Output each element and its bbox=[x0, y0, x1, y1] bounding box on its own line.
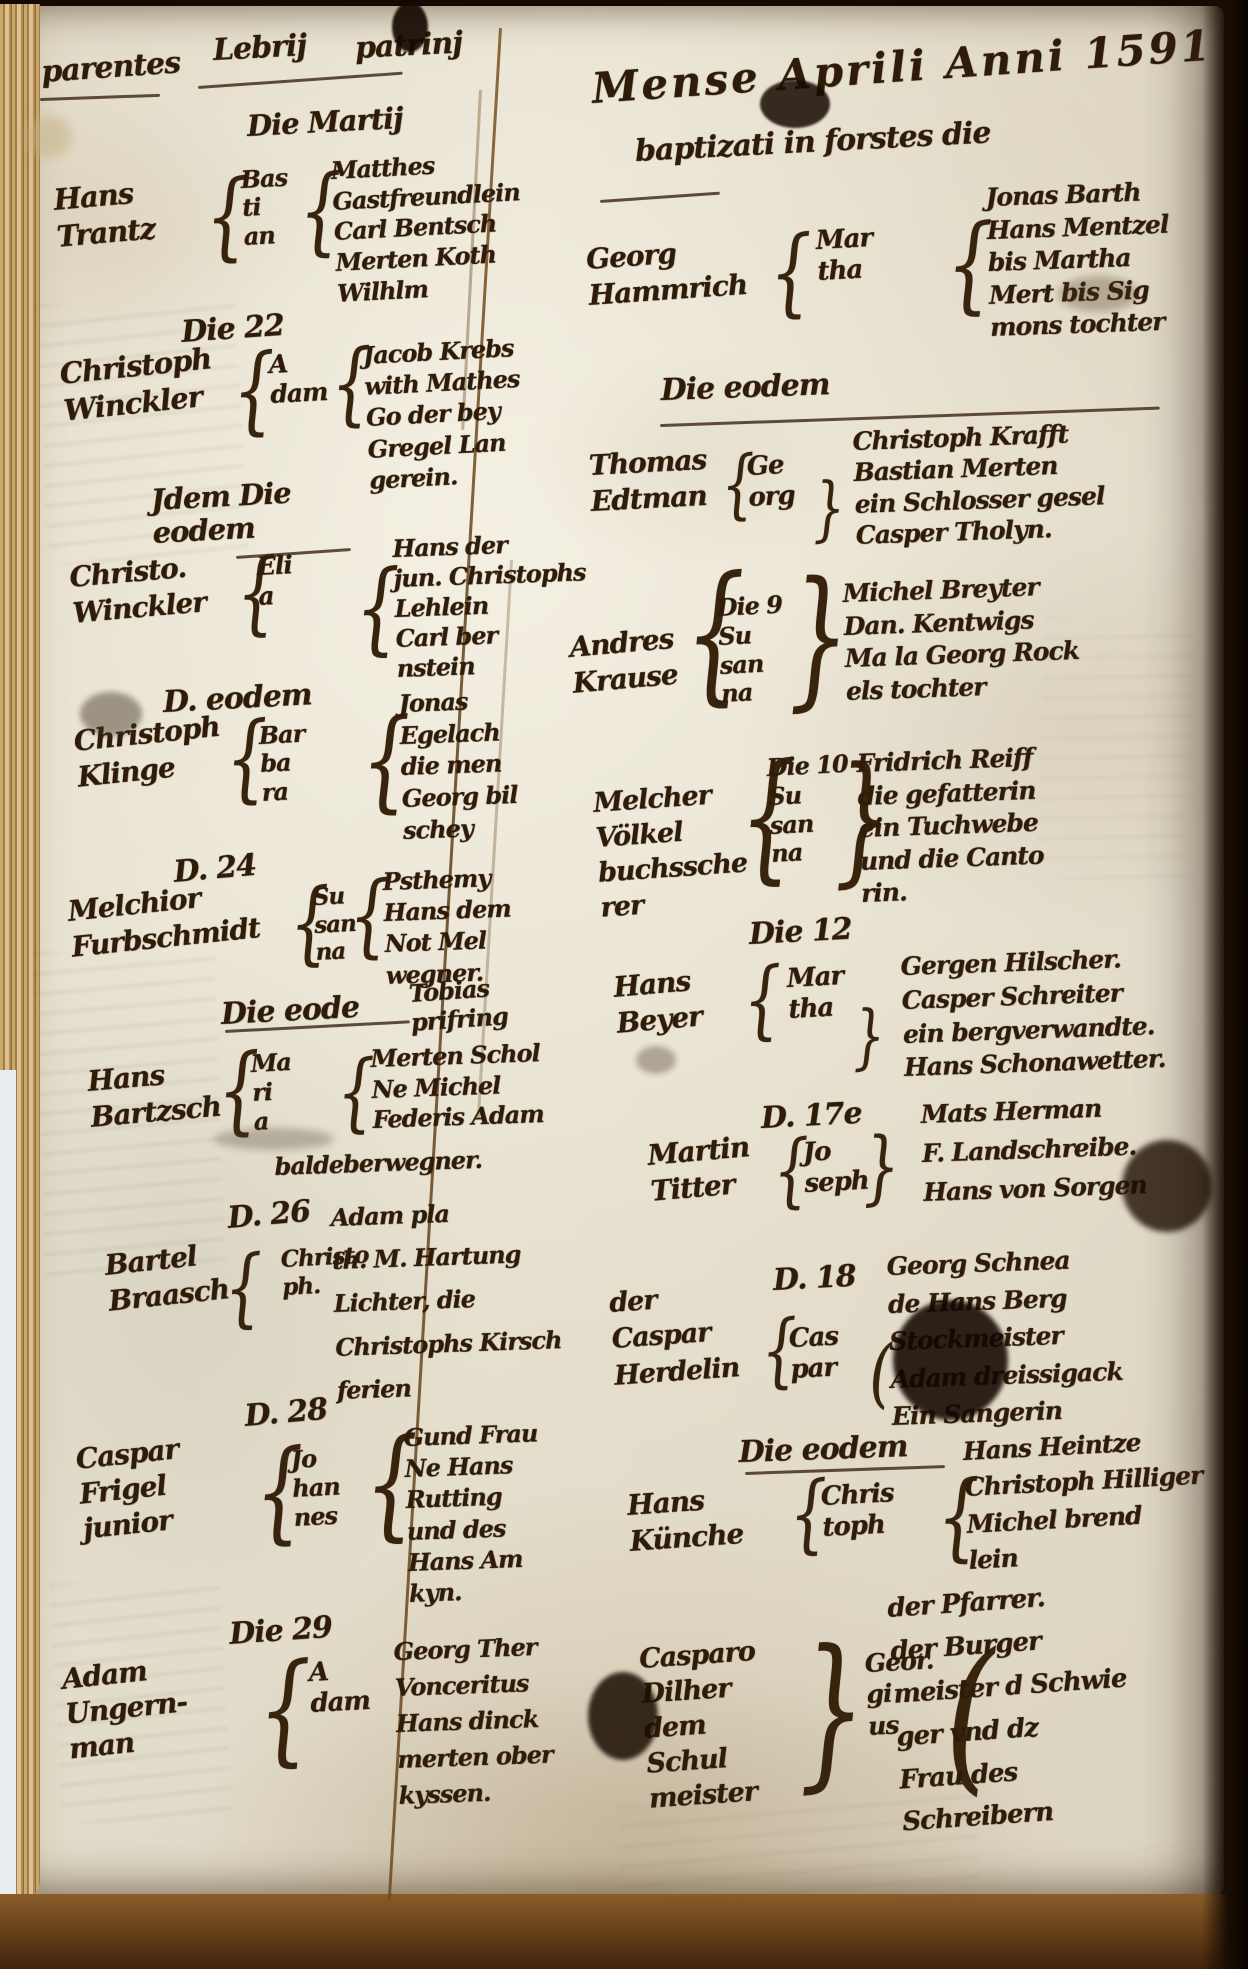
child-name: A dam bbox=[308, 1655, 371, 1720]
ink-stain bbox=[392, 2, 428, 52]
brace-glyph bbox=[796, 1634, 868, 1786]
brace-glyph bbox=[223, 1249, 265, 1328]
godparents-list: Jacob Krebs with Mathes Go der bey Grege… bbox=[362, 332, 525, 496]
godparents-list: Adam pla th. M. Hartung Lichter, die Chr… bbox=[330, 1188, 564, 1412]
parent-name: Hans Bartzsch bbox=[86, 1053, 222, 1136]
child-name: Bar ba ra bbox=[258, 720, 308, 807]
parent-name: Bartel Braasch bbox=[103, 1235, 231, 1319]
parent-name: Thomas Edtman bbox=[588, 442, 709, 520]
godparents-list: Georg Ther Vonceritus Hans dinck merten … bbox=[393, 1629, 554, 1814]
parent-name: Hans Künche bbox=[626, 1480, 744, 1559]
child-name: Die 9 Su san na bbox=[716, 591, 787, 709]
godparents-list: Jonas Egelach die men Georg bil schey bbox=[398, 684, 519, 846]
godparents-list: Jonas Barth Hans Mentzel bis Martha Mert… bbox=[985, 176, 1172, 345]
child-name: Mar tha bbox=[815, 223, 874, 287]
child-name: Ge org bbox=[746, 450, 795, 514]
godparents-list: Psthemy Hans dem Not Mel wegner. bbox=[382, 862, 513, 991]
child-name: Ma ri a bbox=[250, 1048, 295, 1136]
parent-name: Melcher Völkel buchssche rer bbox=[592, 776, 751, 926]
child-name: Eli a bbox=[256, 550, 294, 611]
date-heading: Die eodem bbox=[660, 366, 830, 410]
ink-stain bbox=[588, 1672, 658, 1760]
godparents-list: Matthes Gastfreundlein Carl Bentsch Mert… bbox=[330, 146, 525, 309]
manuscript-photo: parentes Lebrij patrinj Die Martij Hans … bbox=[0, 0, 1248, 1969]
brace-glyph bbox=[256, 1654, 315, 1766]
date-heading: D. 18 bbox=[772, 1258, 856, 1301]
godparents-list: Hans Heintze Christoph Hilliger Michel b… bbox=[962, 1422, 1207, 1579]
child-name: Bas ti an bbox=[240, 164, 291, 251]
brace-glyph bbox=[786, 569, 851, 707]
ink-smudge bbox=[636, 1046, 676, 1074]
ink-smudge bbox=[80, 692, 142, 736]
parent-name: Georg Hammrich bbox=[585, 231, 748, 314]
child-name: Jo han nes bbox=[290, 1444, 342, 1533]
paper-stain bbox=[26, 116, 72, 158]
godparents-list: Mats Herman F. Landschreibe. Hans von So… bbox=[920, 1088, 1147, 1212]
godparents-list: Hans der jun. Christophs Lehlein Carl be… bbox=[392, 527, 589, 684]
godparents-list: Gergen Hilscher. Casper Schreiter ein be… bbox=[900, 941, 1166, 1085]
parent-name: Martin Titter bbox=[646, 1129, 754, 1209]
godparents-list: Michel Breyter Dan. Kentwigs Ma la Georg… bbox=[842, 570, 1081, 708]
parent-name: der Caspar Herdelin bbox=[608, 1277, 740, 1395]
gutter-shadow bbox=[1202, 0, 1248, 1969]
photo-backdrop bbox=[0, 1070, 16, 1908]
parent-name: Christo. Winckler bbox=[68, 548, 207, 631]
parent-name: Adam Ungern- man bbox=[60, 1649, 192, 1766]
child-name: Mar tha bbox=[786, 961, 845, 1025]
parent-name: Caspar Frigel junior bbox=[74, 1431, 187, 1546]
child-name: Jo seph bbox=[802, 1135, 869, 1200]
parent-name: Hans Beyer bbox=[612, 963, 703, 1042]
date-heading: D. 26 bbox=[226, 1193, 312, 1238]
parent-name: Christoph Winckler bbox=[58, 340, 217, 430]
godparents-list: Merten Schol Ne Michel Federis Adam bbox=[370, 1038, 544, 1136]
godparents-list: der Pfarrer. der Burger meister d Schwie… bbox=[886, 1572, 1137, 1845]
brace-glyph bbox=[812, 476, 846, 541]
child-name: A dam bbox=[268, 347, 328, 409]
parent-name: Andres Krause bbox=[568, 621, 679, 702]
parent-name: Hans Trantz bbox=[52, 173, 157, 256]
brace-glyph bbox=[768, 229, 815, 318]
ink-stain bbox=[760, 80, 830, 128]
ink-smudge bbox=[1058, 276, 1138, 312]
child-name: Chris toph bbox=[820, 1478, 896, 1543]
brace-glyph bbox=[862, 1130, 900, 1204]
brace-glyph bbox=[742, 961, 784, 1040]
date-heading: Die 12 bbox=[748, 911, 853, 955]
brace-glyph bbox=[852, 1004, 886, 1069]
godparents-list: Christoph Krafft Bastian Merten ein Schl… bbox=[852, 417, 1106, 551]
ink-smudge bbox=[214, 1128, 334, 1150]
child-name: Cas par bbox=[788, 1321, 840, 1385]
godparents-list: Gund Frau Ne Hans Rutting und des Hans A… bbox=[403, 1417, 543, 1609]
godparents-list: Tobias prifring bbox=[408, 973, 509, 1037]
ink-stain bbox=[893, 1300, 1008, 1420]
column-header-middle: Lebrij bbox=[212, 27, 307, 70]
godparents-list: Fridrich Reiff die gefatterin ein Tuchwe… bbox=[856, 742, 1045, 911]
ink-stain bbox=[1122, 1140, 1212, 1232]
